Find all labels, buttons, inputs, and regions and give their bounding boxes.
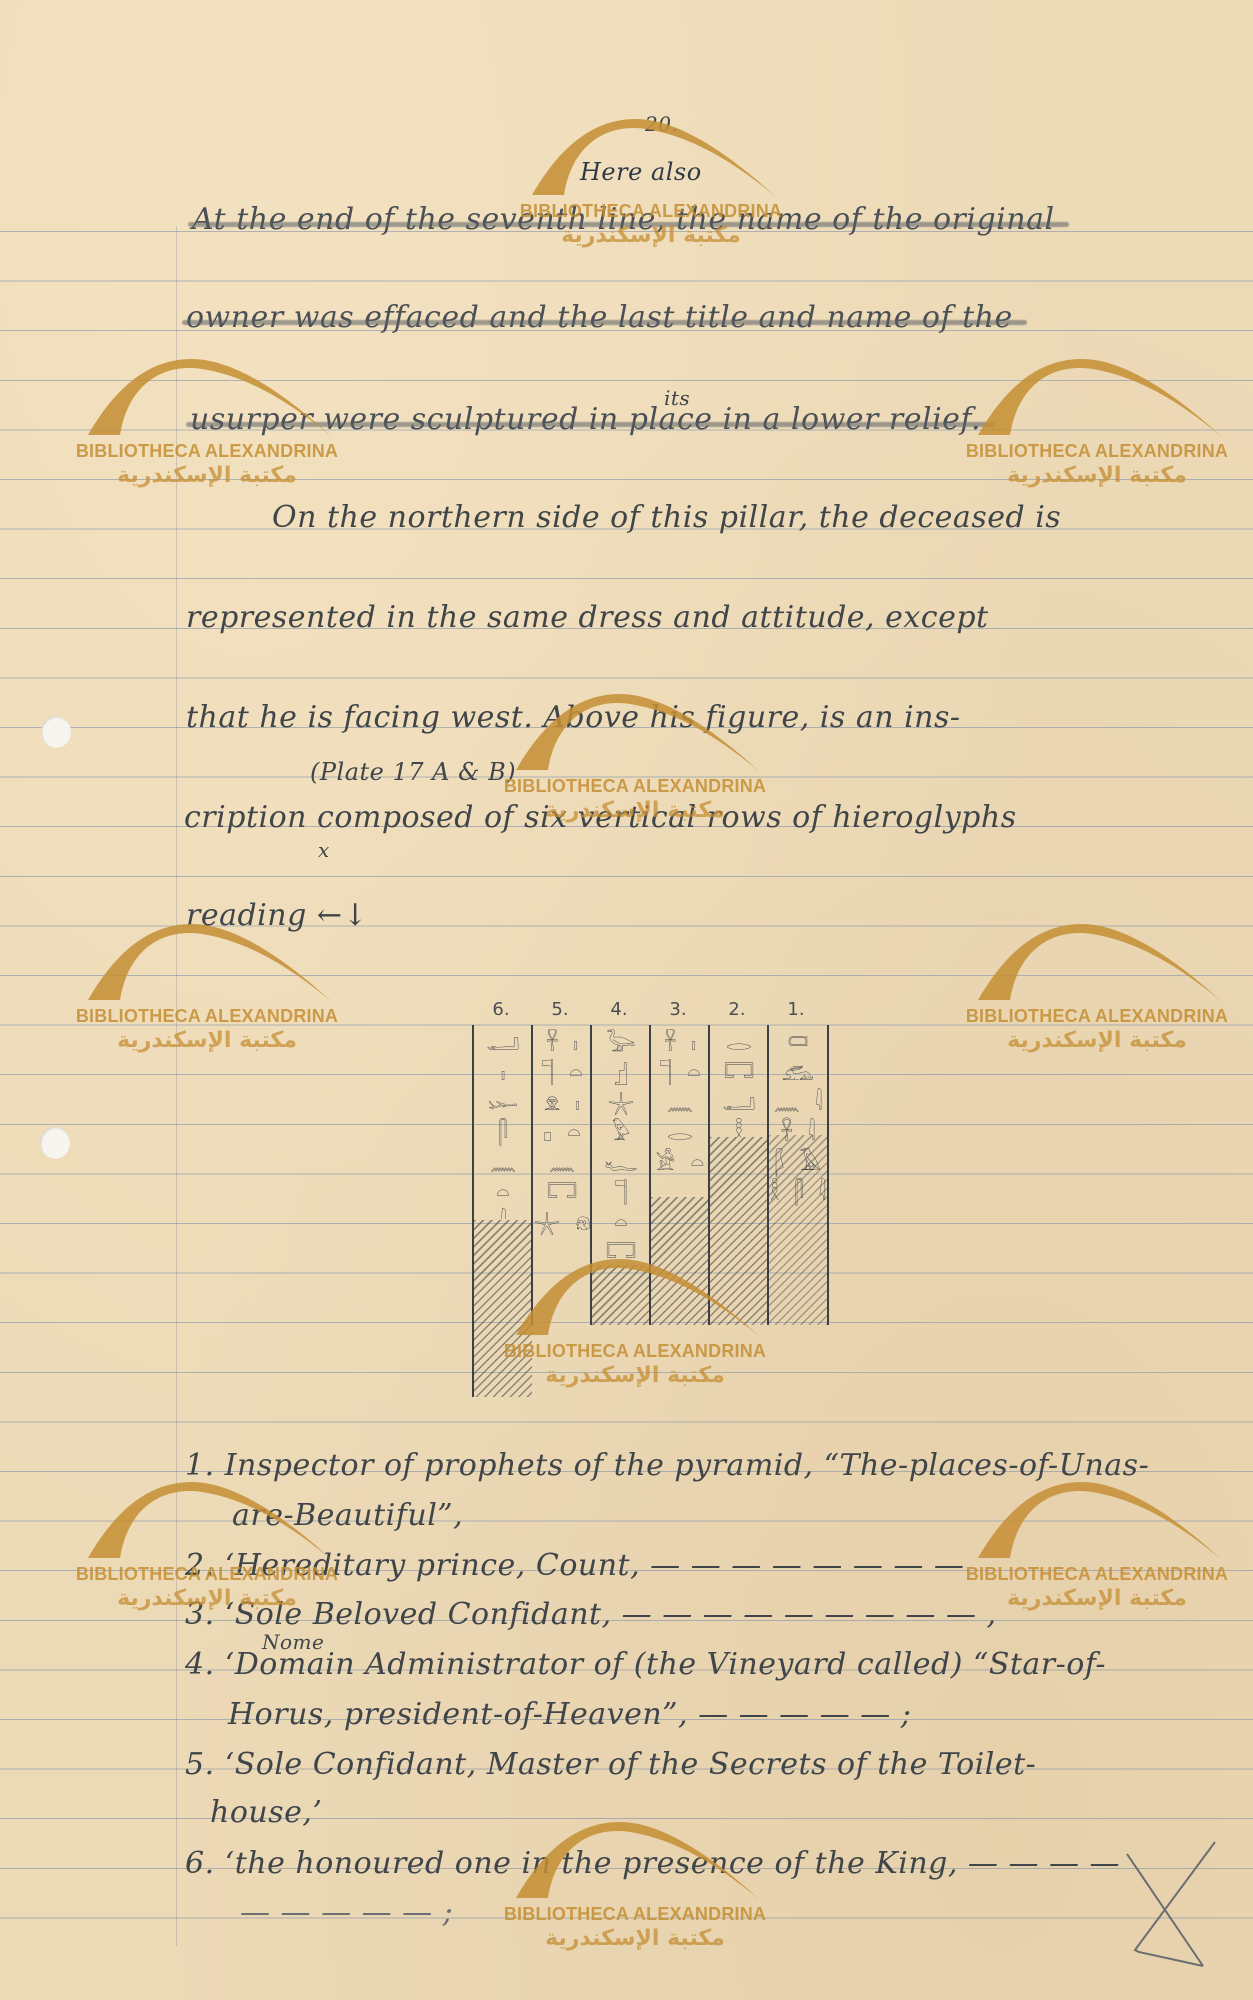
struck-line-2: owner was effaced and the last title and… bbox=[186, 300, 1013, 335]
struck-line-1: At the end of the seventh line, the name… bbox=[192, 202, 1055, 237]
list-item-5-cont: house,’ bbox=[210, 1795, 322, 1830]
caret-mark: x bbox=[318, 838, 330, 862]
glyphs: 𓋹 𓏤 𓊹 𓏏 𓁷 𓏤 𓊪 𓏏 𓈖 𓉐 𓇼 𓁶 bbox=[533, 1029, 591, 1325]
list-item-2: 2. ‘Hereditary prince, Count, — — — — — … bbox=[185, 1548, 964, 1583]
glyphs: 𓍷 𓃹 𓈖 𓇋 𓋹 𓇋 𓆄 𓄿 𓎛 𓋴 𓇋 bbox=[769, 1029, 827, 1325]
glyph-column-1: 𓍷 𓃹 𓈖 𓇋 𓋹 𓇋 𓆄 𓄿 𓎛 𓋴 𓇋 bbox=[767, 1025, 829, 1325]
column-number-1: 1. bbox=[767, 999, 825, 1020]
hatched-lacuna bbox=[651, 1197, 709, 1325]
hatched-lacuna bbox=[710, 1137, 768, 1325]
column-number-6: 6. bbox=[472, 999, 530, 1020]
list-item-4: 4. ‘Domain Administrator of (the Vineyar… bbox=[185, 1647, 1106, 1682]
list-number: 3. bbox=[185, 1597, 215, 1632]
hieroglyph-table: 6. 5. 4. 3. 2. 1. 𓂝 𓏤 𓆱 𓋴 𓈖 𓏏 𓇋 𓈖 𓋹 𓏤 𓊹 … bbox=[472, 1025, 828, 1397]
list-item-4-cont: Horus, president-of-Heaven”, — — — — — ; bbox=[228, 1697, 911, 1732]
cross-mark-icon bbox=[1115, 1840, 1225, 1980]
plate-note: (Plate 17 A & B) bbox=[310, 758, 516, 786]
glyph-column-5: 𓋹 𓏤 𓊹 𓏏 𓁷 𓏤 𓊪 𓏏 𓈖 𓉐 𓇼 𓁶 bbox=[531, 1025, 591, 1325]
glyph-column-6: 𓂝 𓏤 𓆱 𓋴 𓈖 𓏏 𓇋 𓈖 bbox=[472, 1025, 532, 1397]
page-number: 20. bbox=[645, 112, 678, 136]
list-item-1-cont: are-Beautiful”, bbox=[232, 1498, 463, 1533]
glyphs: 𓅬 𓊨 𓇼 𓅱 𓆑 𓊹 𓏏 𓉐 bbox=[592, 1029, 650, 1265]
paragraph-line-2: represented in the same dress and attitu… bbox=[186, 600, 989, 635]
hatched-lacuna bbox=[592, 1265, 650, 1325]
paragraph-line-5: reading ←↓ bbox=[186, 898, 368, 933]
list-text: ‘Hereditary prince, Count, — — — — — — —… bbox=[225, 1548, 965, 1583]
punch-hole-top bbox=[41, 716, 71, 748]
glyphs: 𓂝 𓏤 𓆱 𓋴 𓈖 𓏏 𓇋 𓈖 bbox=[474, 1029, 532, 1219]
glyph-column-3: 𓋹 𓏤 𓊹 𓏏 𓈖 𓂋 𓀀 𓏏 bbox=[649, 1025, 709, 1325]
list-text: Inspector of prophets of the pyramid, “T… bbox=[225, 1448, 1150, 1483]
list-item-6: 6. ‘the honoured one in the presence of … bbox=[185, 1846, 1120, 1881]
paragraph-line-3: that he is facing west. Above his figure… bbox=[186, 700, 961, 735]
glyph-column-2: 𓂋 𓉐 𓂝 𓎛 𓂝 bbox=[708, 1025, 768, 1325]
list-number: 1. bbox=[185, 1448, 215, 1483]
list-item-3: 3. ‘Sole Beloved Confidant, — — — — — — … bbox=[185, 1597, 997, 1632]
list-text: ‘the honoured one in the presence of the… bbox=[225, 1846, 1120, 1881]
paragraph-line-4: cription composed of six vertical rows o… bbox=[184, 800, 1017, 835]
paragraph-line-1: On the northern side of this pillar, the… bbox=[272, 500, 1061, 535]
column-number-5: 5. bbox=[531, 999, 589, 1020]
column-number-4: 4. bbox=[590, 999, 648, 1020]
list-number: 6. bbox=[185, 1846, 215, 1881]
list-number: 2. bbox=[185, 1548, 215, 1583]
list-item-5: 5. ‘Sole Confidant, Master of the Secret… bbox=[185, 1747, 1036, 1782]
list-text: ‘Sole Beloved Confidant, — — — — — — — —… bbox=[225, 1597, 997, 1632]
list-text: ‘Sole Confidant, Master of the Secrets o… bbox=[225, 1747, 1037, 1782]
list-number: 4. bbox=[185, 1647, 215, 1682]
list-item-6-cont: — — — — — ; bbox=[240, 1895, 453, 1930]
struck-line-3: usurper were sculptured in place in a lo… bbox=[190, 402, 981, 437]
margin-line bbox=[176, 226, 177, 1946]
list-number: 5. bbox=[185, 1747, 215, 1782]
list-item-1: 1. Inspector of prophets of the pyramid,… bbox=[185, 1448, 1149, 1483]
hatched-lacuna bbox=[474, 1220, 532, 1397]
glyphs: 𓋹 𓏤 𓊹 𓏏 𓈖 𓂋 𓀀 𓏏 bbox=[651, 1029, 709, 1197]
glyphs: 𓂋 𓉐 𓂝 𓎛 𓂝 bbox=[710, 1029, 768, 1137]
manuscript-page: 20. Here also At the end of the seventh … bbox=[0, 0, 1253, 2000]
insertion-here-also: Here also bbox=[580, 158, 702, 186]
list-text: ‘Domain Administrator of (the Vineyard c… bbox=[225, 1647, 1106, 1682]
glyph-column-4: 𓅬 𓊨 𓇼 𓅱 𓆑 𓊹 𓏏 𓉐 bbox=[590, 1025, 650, 1325]
column-number-3: 3. bbox=[649, 999, 707, 1020]
punch-hole-bottom bbox=[40, 1127, 70, 1159]
column-number-2: 2. bbox=[708, 999, 766, 1020]
